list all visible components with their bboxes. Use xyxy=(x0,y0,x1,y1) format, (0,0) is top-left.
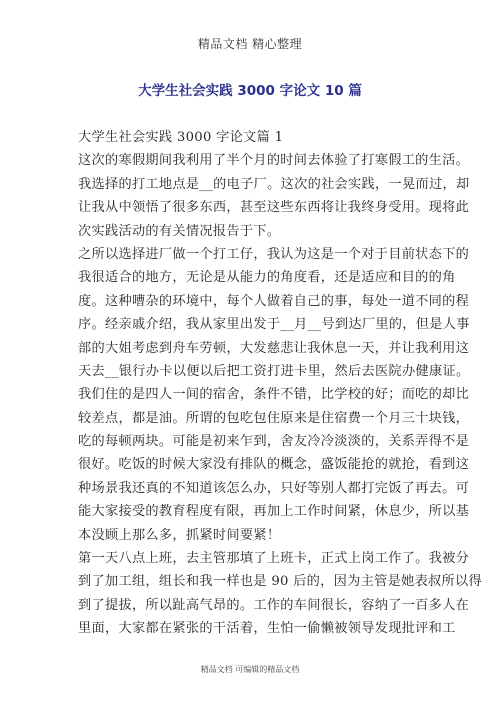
text-line: 我很适合的地方，无论是从能力的角度看，还是适应和目的的角 xyxy=(78,266,434,289)
document-body: 大学生社会实践 3000 字论文篇 1 这次的寒假期间我利用了半个月的时间去体验… xyxy=(78,126,434,641)
text-line: 这次的寒假期间我利用了半个月的时间去体验了打寒假工的生活。 xyxy=(78,149,434,172)
text-line: 很好。吃饭的时候大家没有排队的概念，盛饭能抢的就抢，看到这 xyxy=(78,453,434,476)
text-line: 第一天八点上班，去主管那填了上班卡，正式上岗工作了。我被分 xyxy=(78,547,434,570)
text-line: 到了提拔，所以趾高气昂的。工作的车间很长，容纳了一百多人在 xyxy=(78,594,434,617)
text-line: 吃的每顿两块。可能是初来乍到，舍友冷冷淡淡的，关系弄得不是 xyxy=(78,430,434,453)
text-line: 里面，大家都在紧张的干活着，生怕一偷懒被领导发现批评和工 xyxy=(78,617,434,640)
text-line: 本没顾上那么多，抓紧时间要紧！ xyxy=(78,524,434,547)
page-footer: 精品文档 可编辑的精品文档 xyxy=(0,664,500,675)
document-title: 大学生社会实践 3000 字论文 10 篇 xyxy=(0,79,500,99)
text-line: 较差点，都是油。所谓的包吃包住原来是住宿费一个月三十块钱， xyxy=(78,407,434,430)
section-heading: 大学生社会实践 3000 字论文篇 1 xyxy=(78,126,434,149)
text-line: 到了加工组，组长和我一样也是 90 后的，因为主管是她表叔所以得 xyxy=(78,570,434,593)
text-line: 让我从中领悟了很多东西，甚至这些东西将让我终身受用。现将此 xyxy=(78,196,434,219)
text-line: 部的大姐考虑到舟车劳顿，大发慈悲让我休息一天，并让我利用这 xyxy=(78,337,434,360)
text-line: 度。这种嘈杂的环境中，每个人做着自己的事，每处一道不同的程 xyxy=(78,290,434,313)
text-line: 次实践活动的有关情况报告于下。 xyxy=(78,220,434,243)
page-header: 精品文档 精心整理 xyxy=(0,35,500,52)
text-line: 之所以选择进厂做一个打工仔，我认为这是一个对于目前状态下的 xyxy=(78,243,434,266)
text-line: 序。经亲戚介绍，我从家里出发于__月__号到达厂里的，但是人事 xyxy=(78,313,434,336)
text-line: 我们住的是四人一间的宿舍，条件不错，比学校的好；而吃的却比 xyxy=(78,383,434,406)
text-line: 我选择的打工地点是__的电子厂。这次的社会实践，一晃而过，却 xyxy=(78,173,434,196)
text-line: 种场景我还真的不知道该怎么办，只好等别人都打完饭了再去。可 xyxy=(78,477,434,500)
text-line: 能大家接受的教育程度有限，再加上工作时间紧，休息少，所以基 xyxy=(78,500,434,523)
text-line: 天去__银行办卡以便以后把工资打进卡里，然后去医院办健康证。 xyxy=(78,360,434,383)
